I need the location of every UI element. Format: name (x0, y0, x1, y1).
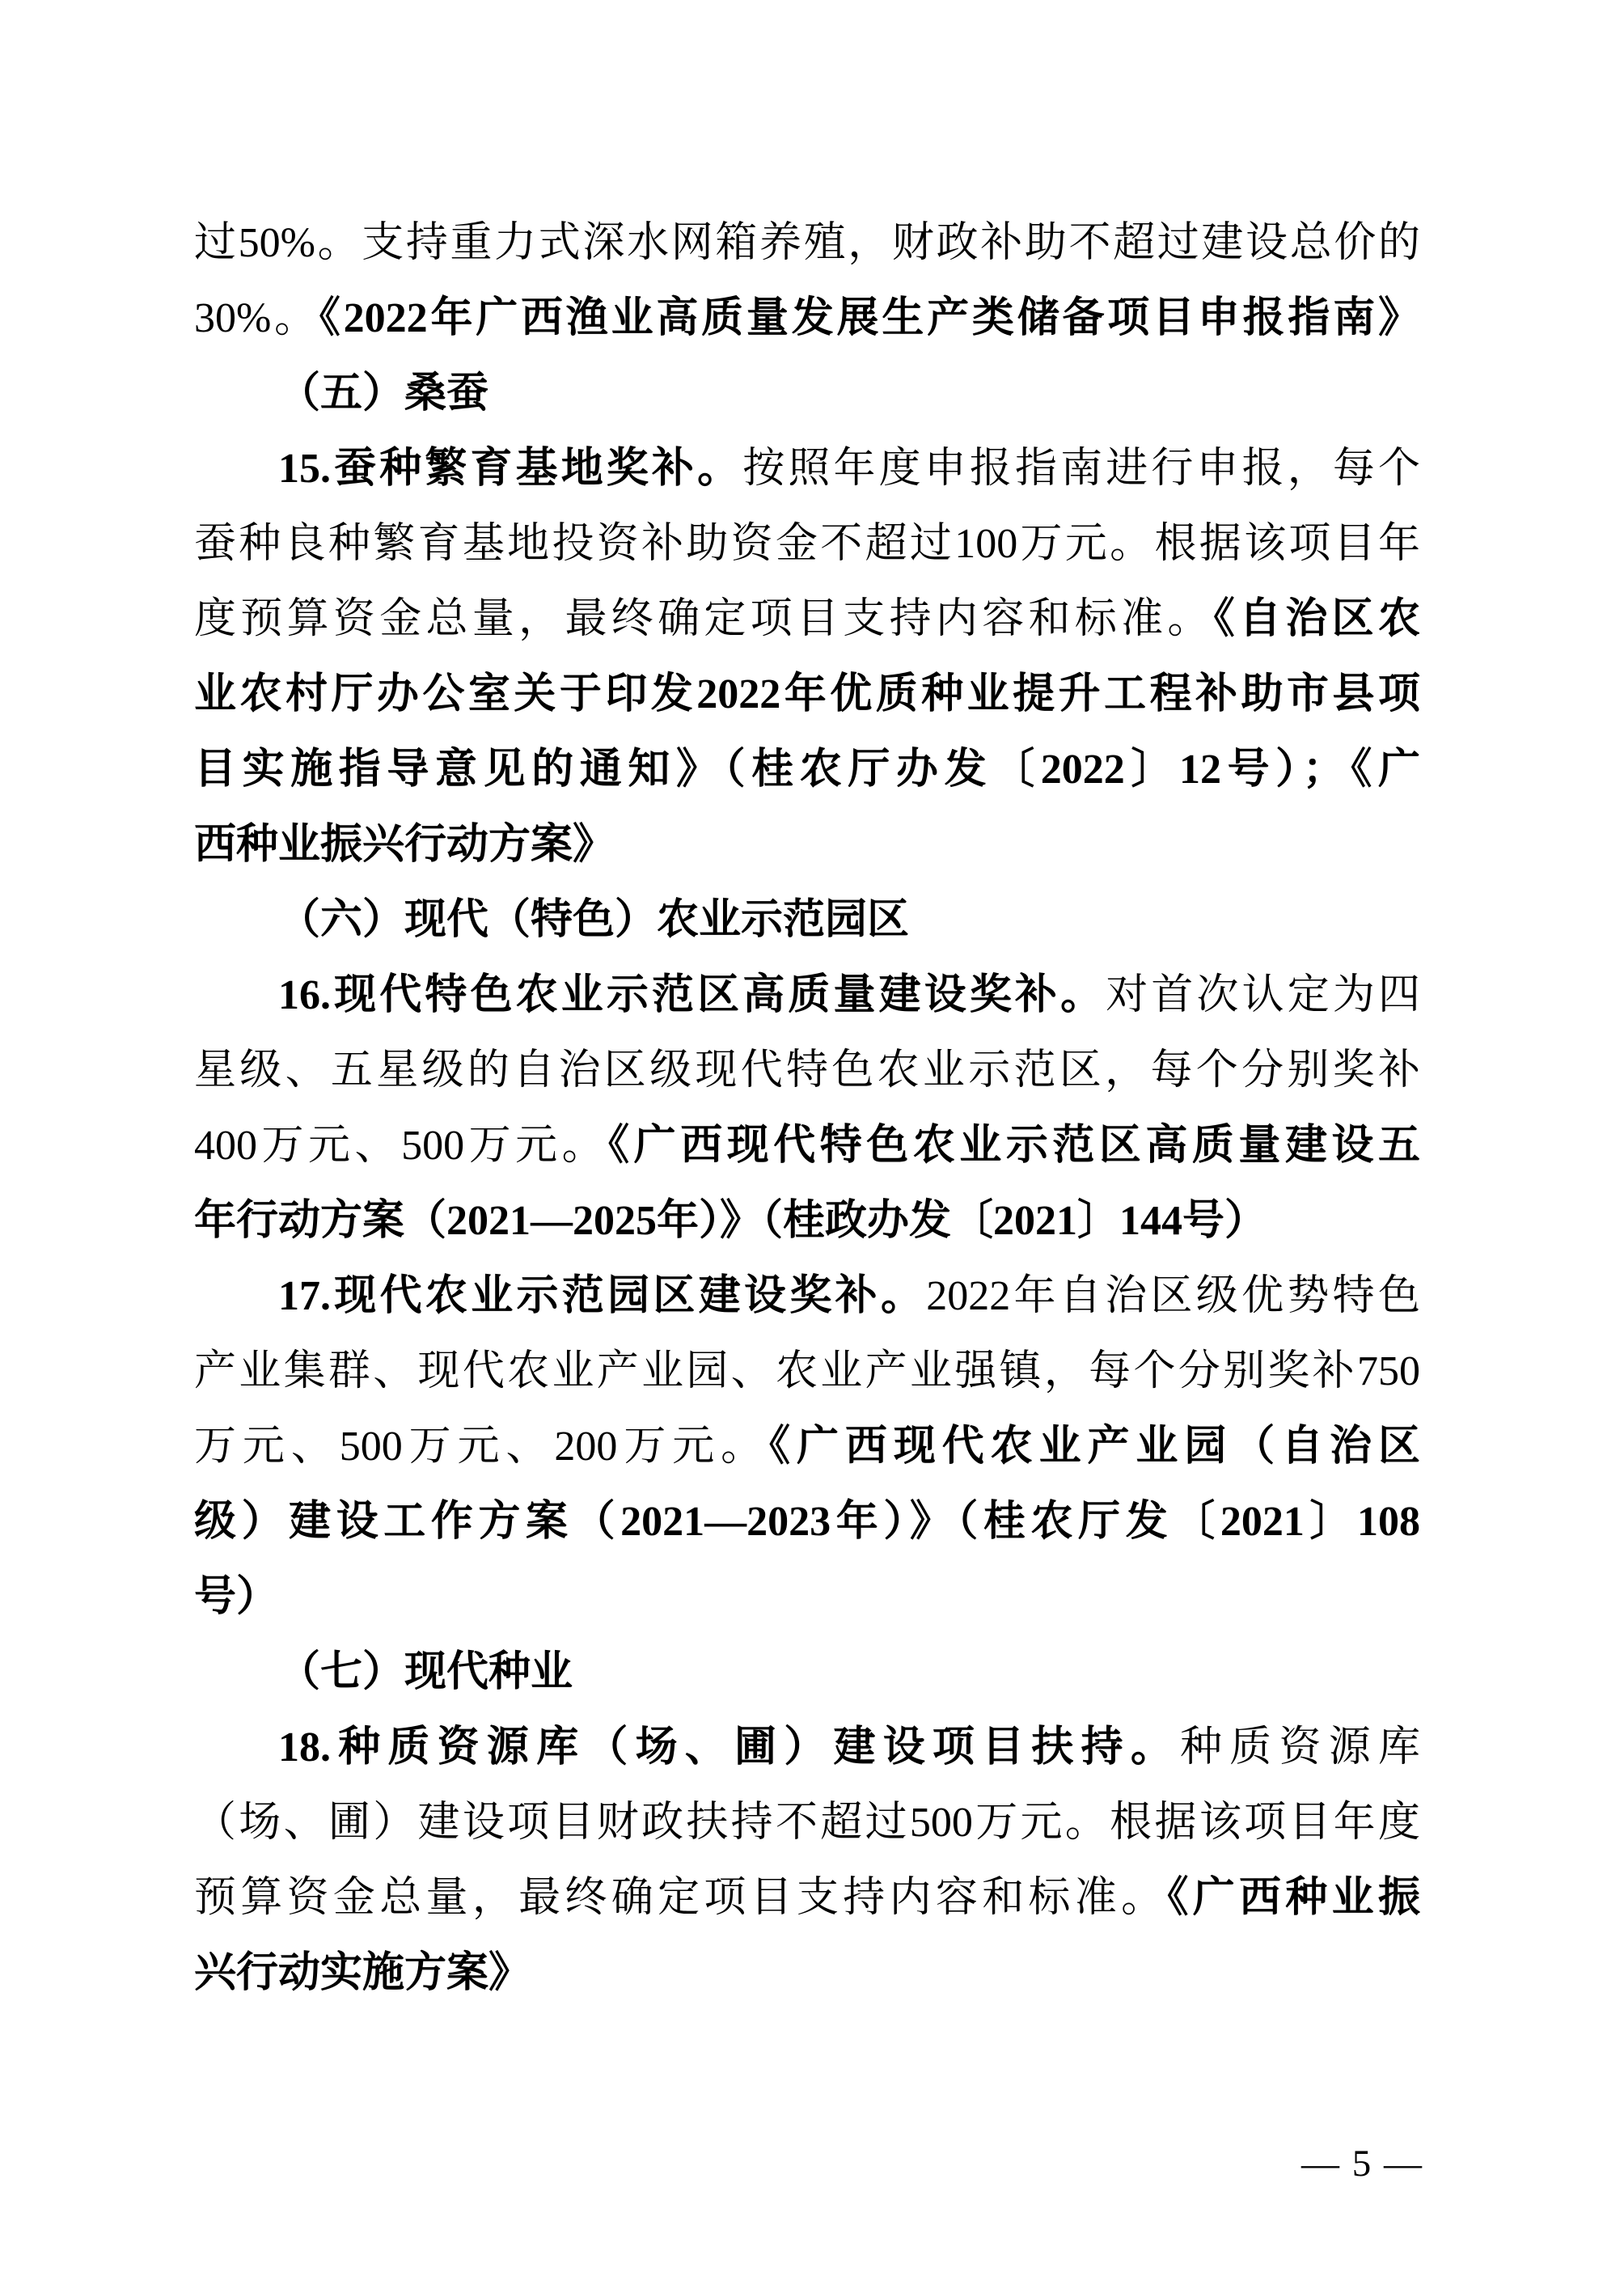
bold-text-run: （七）现代种业 (278, 1649, 573, 1695)
bold-text-run: 《广西现代农业产业园（自治区 (769, 1424, 1420, 1470)
bold-text-run: 业农村厅办公室关于印发2022年优质种业提升工程补助市县项 (194, 671, 1420, 717)
bold-text-run: 《广西种业振 (1167, 1875, 1420, 1921)
bold-text-run: （五）桑蚕 (278, 370, 488, 417)
text-line: 产业集群、现代农业产业园、农业产业强镇，每个分别奖补750 (194, 1334, 1420, 1409)
text-run: 按照年度申报指南进行申报，每个 (742, 446, 1420, 492)
text-line: 级）建设工作方案（2021—2023年）》（桂农厅发〔2021〕108 (194, 1484, 1420, 1559)
document-body: 过50%。支持重力式深水网箱养殖，财政补助不超过建设总价的30%。《2022年广… (194, 205, 1420, 2011)
text-line: 业农村厅办公室关于印发2022年优质种业提升工程补助市县项 (194, 657, 1420, 732)
text-run: 度预算资金总量，最终确定项目支持内容和标准。 (194, 596, 1214, 642)
text-run: 万元、500万元、200万元。 (194, 1424, 769, 1470)
bold-text-run: 级）建设工作方案（2021—2023年）》（桂农厅发〔2021〕108 (194, 1499, 1420, 1545)
text-line: 星级、五星级的自治区级现代特色农业示范区，每个分别奖补 (194, 1033, 1420, 1108)
text-line: （场、圃）建设项目财政扶持不超过500万元。根据该项目年度 (194, 1785, 1420, 1860)
bold-text-run: 兴行动实施方案》 (194, 1950, 531, 1996)
text-line: 年行动方案（2021—2025年）》（桂政办发〔2021〕144号） (194, 1183, 1420, 1259)
text-line: 30%。《2022年广西渔业高质量发展生产类储备项目申报指南》 (194, 281, 1420, 356)
text-line: 度预算资金总量，最终确定项目支持内容和标准。《自治区农 (194, 582, 1420, 657)
text-line: 蚕种良种繁育基地投资补助资金不超过100万元。根据该项目年 (194, 506, 1420, 582)
text-line: 过50%。支持重力式深水网箱养殖，财政补助不超过建设总价的 (194, 205, 1420, 281)
text-line: 16.现代特色农业示范区高质量建设奖补。对首次认定为四 (194, 958, 1420, 1033)
bold-text-run: 15.蚕种繁育基地奖补。 (278, 446, 742, 492)
bold-text-run: 年行动方案（2021—2025年）》（桂政办发〔2021〕144号） (194, 1198, 1267, 1244)
bold-text-run: 17.现代农业示范园区建设奖补。 (278, 1273, 926, 1319)
text-run: 预算资金总量，最终确定项目支持内容和标准。 (194, 1875, 1167, 1921)
text-line: 西种业振兴行动方案》 (194, 807, 1420, 882)
text-line: （六）现代（特色）农业示范园区 (194, 882, 1420, 958)
text-line: 17.现代农业示范园区建设奖补。2022年自治区级优势特色 (194, 1259, 1420, 1334)
bold-text-run: 《2022年广西渔业高质量发展生产类储备项目申报指南》 (319, 295, 1420, 341)
text-line: （七）现代种业 (194, 1635, 1420, 1710)
bold-text-run: 16.现代特色农业示范区高质量建设奖补。 (278, 972, 1106, 1018)
text-line: 预算资金总量，最终确定项目支持内容和标准。《广西种业振 (194, 1860, 1420, 1936)
text-run: 400万元、500万元。 (194, 1123, 608, 1169)
text-run: 蚕种良种繁育基地投资补助资金不超过100万元。根据该项目年 (194, 521, 1420, 567)
text-run: 星级、五星级的自治区级现代特色农业示范区，每个分别奖补 (194, 1047, 1420, 1094)
text-line: 万元、500万元、200万元。《广西现代农业产业园（自治区 (194, 1409, 1420, 1484)
bold-text-run: 《广西现代特色农业示范区高质量建设五 (608, 1123, 1420, 1169)
page-number: — 5 — (1301, 2139, 1423, 2188)
text-line: 兴行动实施方案》 (194, 1936, 1420, 2011)
text-line: 目实施指导意见的通知》（桂农厅办发〔2022〕12号）；《广 (194, 732, 1420, 807)
text-line: （五）桑蚕 (194, 356, 1420, 431)
bold-text-run: 《自治区农 (1214, 596, 1420, 642)
bold-text-run: 西种业振兴行动方案》 (194, 822, 615, 868)
text-run: 产业集群、现代农业产业园、农业产业强镇，每个分别奖补750 (194, 1348, 1420, 1394)
bold-text-run: 18.种质资源库（场、圃）建设项目扶持。 (278, 1724, 1180, 1771)
bold-text-run: （六）现代（特色）农业示范园区 (278, 897, 909, 943)
text-run: 2022年自治区级优势特色 (926, 1273, 1420, 1319)
bold-text-run: 目实施指导意见的通知》（桂农厅办发〔2022〕12号）；《广 (194, 747, 1420, 793)
text-line: 号） (194, 1559, 1420, 1635)
text-line: 15.蚕种繁育基地奖补。按照年度申报指南进行申报，每个 (194, 431, 1420, 506)
text-run: 过50%。支持重力式深水网箱养殖，财政补助不超过建设总价的 (194, 220, 1420, 266)
text-line: 18.种质资源库（场、圃）建设项目扶持。种质资源库 (194, 1710, 1420, 1785)
text-run: 种质资源库 (1180, 1724, 1420, 1771)
text-run: 对首次认定为四 (1106, 972, 1420, 1018)
text-run: 30%。 (194, 295, 319, 341)
text-line: 400万元、500万元。《广西现代特色农业示范区高质量建设五 (194, 1108, 1420, 1183)
document-page: 过50%。支持重力式深水网箱养殖，财政补助不超过建设总价的30%。《2022年广… (0, 0, 1624, 2293)
bold-text-run: 号） (194, 1574, 278, 1620)
text-run: （场、圃）建设项目财政扶持不超过500万元。根据该项目年度 (194, 1800, 1420, 1846)
